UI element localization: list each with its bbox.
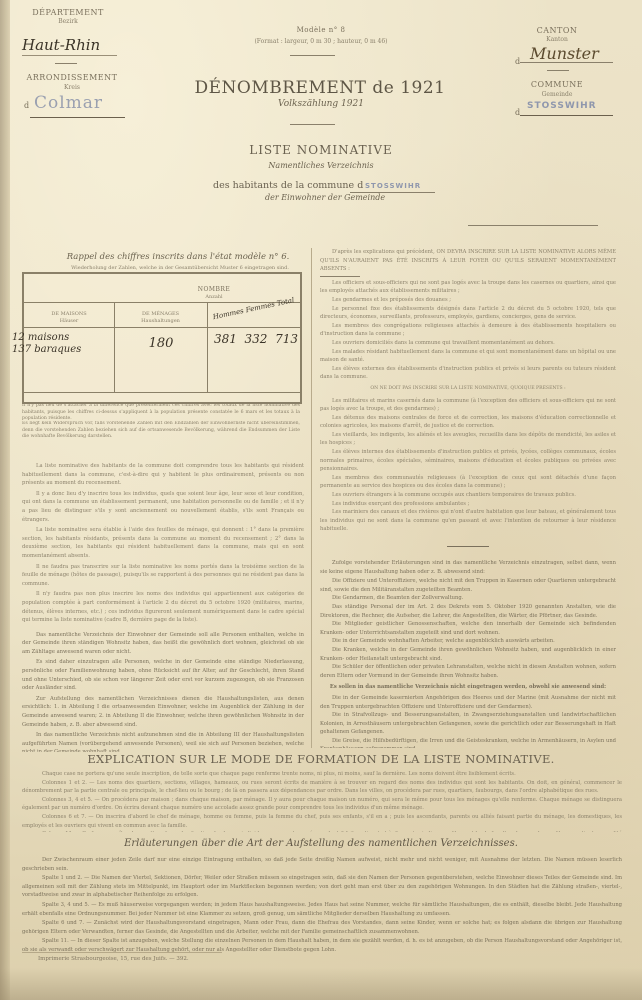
- exclude-item-de: Die in der Gemeinde kasernierten Angehör…: [320, 694, 616, 711]
- footer-rule: [22, 952, 222, 953]
- commune-stamp: STOSSWIHR: [527, 101, 597, 111]
- left-column: La liste nominative des habitants de la …: [22, 462, 304, 752]
- divider: [290, 124, 335, 125]
- explication-paragraph: Chaque case ne portera qu'une seule insc…: [22, 770, 622, 779]
- individus-value: 381 332 713: [214, 332, 298, 346]
- header-rule: [24, 327, 300, 328]
- canton-sub: Kanton: [527, 36, 587, 43]
- include-item-de: Die in der Gemeinde wohnhaften Arbeiter,…: [320, 637, 616, 646]
- explication-body: Chaque case ne portera qu'une seule insc…: [22, 770, 622, 832]
- list-title: LISTE NOMINATIVE: [221, 143, 421, 157]
- commune-sub: Gemeinde: [527, 91, 587, 98]
- baraques-value: 137 baraques: [12, 344, 81, 355]
- intro-fr: D'après les explications qui précèdent, …: [320, 248, 616, 274]
- divider: [468, 225, 598, 226]
- exclude-item-fr: Les élèves internes des établissements d…: [320, 448, 616, 474]
- exclude-heading-de: Es sollen in das namentliche Verzeichnis…: [320, 683, 616, 692]
- paragraph-fr: Il ne faudra pas transcrire sur la liste…: [22, 563, 304, 589]
- divider: [55, 63, 77, 64]
- explication-paragraph: Colonne 11. — On fera connaître dans cet…: [22, 830, 622, 832]
- rule: [320, 276, 360, 277]
- col-menages-sub: Haushaltungen: [114, 318, 207, 324]
- exclude-item-fr: Les mariniers des canaux et des rivières…: [320, 508, 616, 534]
- arrondissement-label: ARRONDISSEMENT: [22, 73, 122, 82]
- right-column: D'après les explications qui précèdent, …: [320, 248, 616, 748]
- include-item-fr: Les élèves externes des établissements d…: [320, 365, 616, 382]
- include-item-de: Die Schüler der öffentlichen oder privat…: [320, 663, 616, 680]
- erlaeuterungen-paragraph: Spalte 1 und 2. — Die Namen der Viertel,…: [22, 874, 622, 900]
- arrondissement-stamp: Colmar: [34, 93, 103, 113]
- erlaeuterungen-paragraph: Spalte 3, 4 und 5. — Es muß häuserweise …: [22, 901, 622, 918]
- paragraph-fr: Il y a donc lieu d'y inscrire tous les i…: [22, 490, 304, 524]
- include-item-de: Die Kranken, welche in der Gemeinde ihre…: [320, 646, 616, 663]
- imprint: Imprimerie Strasbourgeoise, 15, rue des …: [38, 956, 189, 962]
- arrondissement-underline: [30, 117, 125, 118]
- canton-value: Munster: [530, 44, 599, 63]
- rappel-title: Rappel des chiffres inscrits dans l'état…: [48, 252, 308, 262]
- nombre-header: NOMBRE: [144, 286, 284, 293]
- departement-value: Haut-Rhin: [22, 36, 122, 54]
- exclude-item-fr: Les ouvriers étrangers à la commune occu…: [320, 491, 616, 500]
- einwohner-line: der Einwohner der Gemeinde: [265, 193, 385, 202]
- include-item-de: Die Offiziere und Unteroffiziere, welche…: [320, 577, 616, 594]
- paragraph-fr: La liste nominative sera établie à l'aid…: [22, 526, 304, 560]
- paragraph-fr: La liste nominative des habitants de la …: [22, 462, 304, 488]
- page-subtitle: Volkszählung 1921: [221, 99, 421, 109]
- exclude-item-fr: Les détenus des maisons centrales de for…: [320, 414, 616, 431]
- explication-paragraph: Colonnes 6 et 7. — On inscrira d'abord l…: [22, 813, 622, 830]
- commune-underline: [520, 115, 613, 116]
- exclude-item-fr: Les membres des communautés religieuses …: [320, 474, 616, 491]
- include-item-de: Das ständige Personal der im Art. 2 des …: [320, 603, 616, 620]
- include-item-fr: Les ouvriers domiciliés dans la commune …: [320, 339, 616, 348]
- paper-fold: [0, 968, 642, 1000]
- erlaeuterungen-paragraph: Spalte 11. — In dieser Spalte ist anzuge…: [22, 937, 622, 952]
- departement-label: DÉPARTEMENT: [28, 8, 108, 17]
- departement-underline: [22, 55, 117, 56]
- census-form-page: DÉPARTEMENT Bezirk Haut-Rhin ARRONDISSEM…: [0, 0, 642, 1000]
- paragraph-fr: Il n'y faudra pas non plus inscrire les …: [22, 590, 304, 624]
- divider: [290, 55, 335, 56]
- explication-paragraph: Colonnes 3, 4 et 5. — On procédera par m…: [22, 796, 622, 813]
- include-item-fr: Les officiers et sous-officiers qui ne s…: [320, 279, 616, 296]
- exclude-item-fr: Les vieillards, les indigents, les alién…: [320, 431, 616, 448]
- intro-de: Zufolge vorstehender Erläuterungen sind …: [320, 559, 616, 576]
- paragraph-de: In das namentliche Verzeichnis nicht auf…: [22, 731, 304, 752]
- departement-sub: Bezirk: [28, 18, 108, 25]
- table-bottom-rule: [24, 392, 300, 393]
- modele-number: Modèle n° 8: [221, 26, 421, 34]
- rappel-table: NOMBRE Anzahl DE MAISONS Häuser DE MÉNAG…: [22, 272, 302, 404]
- canton-underline: [520, 62, 613, 63]
- exclude-item-de: Die in Strafvollzugs- und Besserungsanst…: [320, 711, 616, 737]
- exclude-item-fr: Les individus exerçant des professions a…: [320, 500, 616, 509]
- paragraph-de: Zur Aufstellung des namentlichen Verzeic…: [22, 695, 304, 729]
- erlaeuterungen-paragraph: Der Zwischenraum einer jeden Zeile darf …: [22, 856, 622, 873]
- divider: [547, 70, 569, 71]
- commune-label: COMMUNE: [527, 80, 587, 89]
- include-item-fr: Les membres des congrégations religieuse…: [320, 322, 616, 339]
- exclude-heading-fr: ON NE DOIT PAS INSCRIRE SUR LA LISTE NOM…: [320, 385, 616, 394]
- habitants-line: des habitants de la commune d: [213, 180, 363, 191]
- col-menages: DE MÉNAGES: [114, 311, 207, 317]
- paper-edge: [0, 0, 10, 1000]
- exclude-item-fr: Les militaires et marins casernés dans l…: [320, 397, 616, 414]
- canton-label: CANTON: [527, 26, 587, 35]
- maisons-value: 12 maisons: [12, 332, 69, 343]
- nombre-sub: Anzahl: [144, 294, 284, 300]
- include-item-de: Die Mitglieder geistlicher Genossenschaf…: [320, 620, 616, 637]
- include-item-fr: Le personnel fixe des établissements dés…: [320, 305, 616, 322]
- erlaeuterungen-title: Erläuterungen über die Art der Aufstellu…: [0, 838, 642, 849]
- include-item-de: Die Gendarmen, die Beamten der Zollverwa…: [320, 594, 616, 603]
- erlaeuterungen-body: Der Zwischenraum einer jeden Zeile darf …: [22, 856, 622, 952]
- exclude-item-de: Die Greise, die Hilfsbedürftigen, die Ir…: [320, 737, 616, 748]
- col-maisons: DE MAISONS: [24, 311, 114, 317]
- explication-title: EXPLICATION SUR LE MODE DE FORMATION DE …: [0, 752, 642, 766]
- habitants-stamp: STOSSWIHR: [365, 182, 421, 190]
- col-divider: [207, 302, 208, 392]
- rappel-subtitle: Wiederholung der Zahlen, welche in der G…: [40, 265, 320, 271]
- paragraph-de: Es sind daher einzutragen alle Personen,…: [22, 658, 304, 692]
- explication-paragraph: Colonnes 1 et 2. — Les noms des quartier…: [22, 779, 622, 796]
- page-title: DÉNOMBREMENT de 1921: [190, 78, 450, 98]
- rappel-note-de: Es liegt kein Widerspruch vor, falls vor…: [22, 421, 300, 447]
- list-subtitle: Namentliches Verzeichnis: [221, 161, 421, 170]
- paragraph-de: Das namentliche Verzeichnis der Einwohne…: [22, 631, 304, 657]
- erlaeuterungen-paragraph: Spalte 6 und 7. — Zunächst wird der Haus…: [22, 919, 622, 936]
- include-item-fr: Les gendarmes et les préposés des douane…: [320, 296, 616, 305]
- arrondissement-prefix: d: [24, 101, 29, 110]
- include-item-fr: Les malades résidant habituellement dans…: [320, 348, 616, 365]
- menages-value: 180: [116, 336, 206, 351]
- format-note: (Format : largeur, 0 m 30 ; hauteur, 0 m…: [221, 38, 421, 45]
- section-divider: [447, 546, 489, 547]
- column-divider: [311, 248, 312, 748]
- col-maisons-sub: Häuser: [24, 318, 114, 324]
- arrondissement-sub: Kreis: [22, 84, 122, 91]
